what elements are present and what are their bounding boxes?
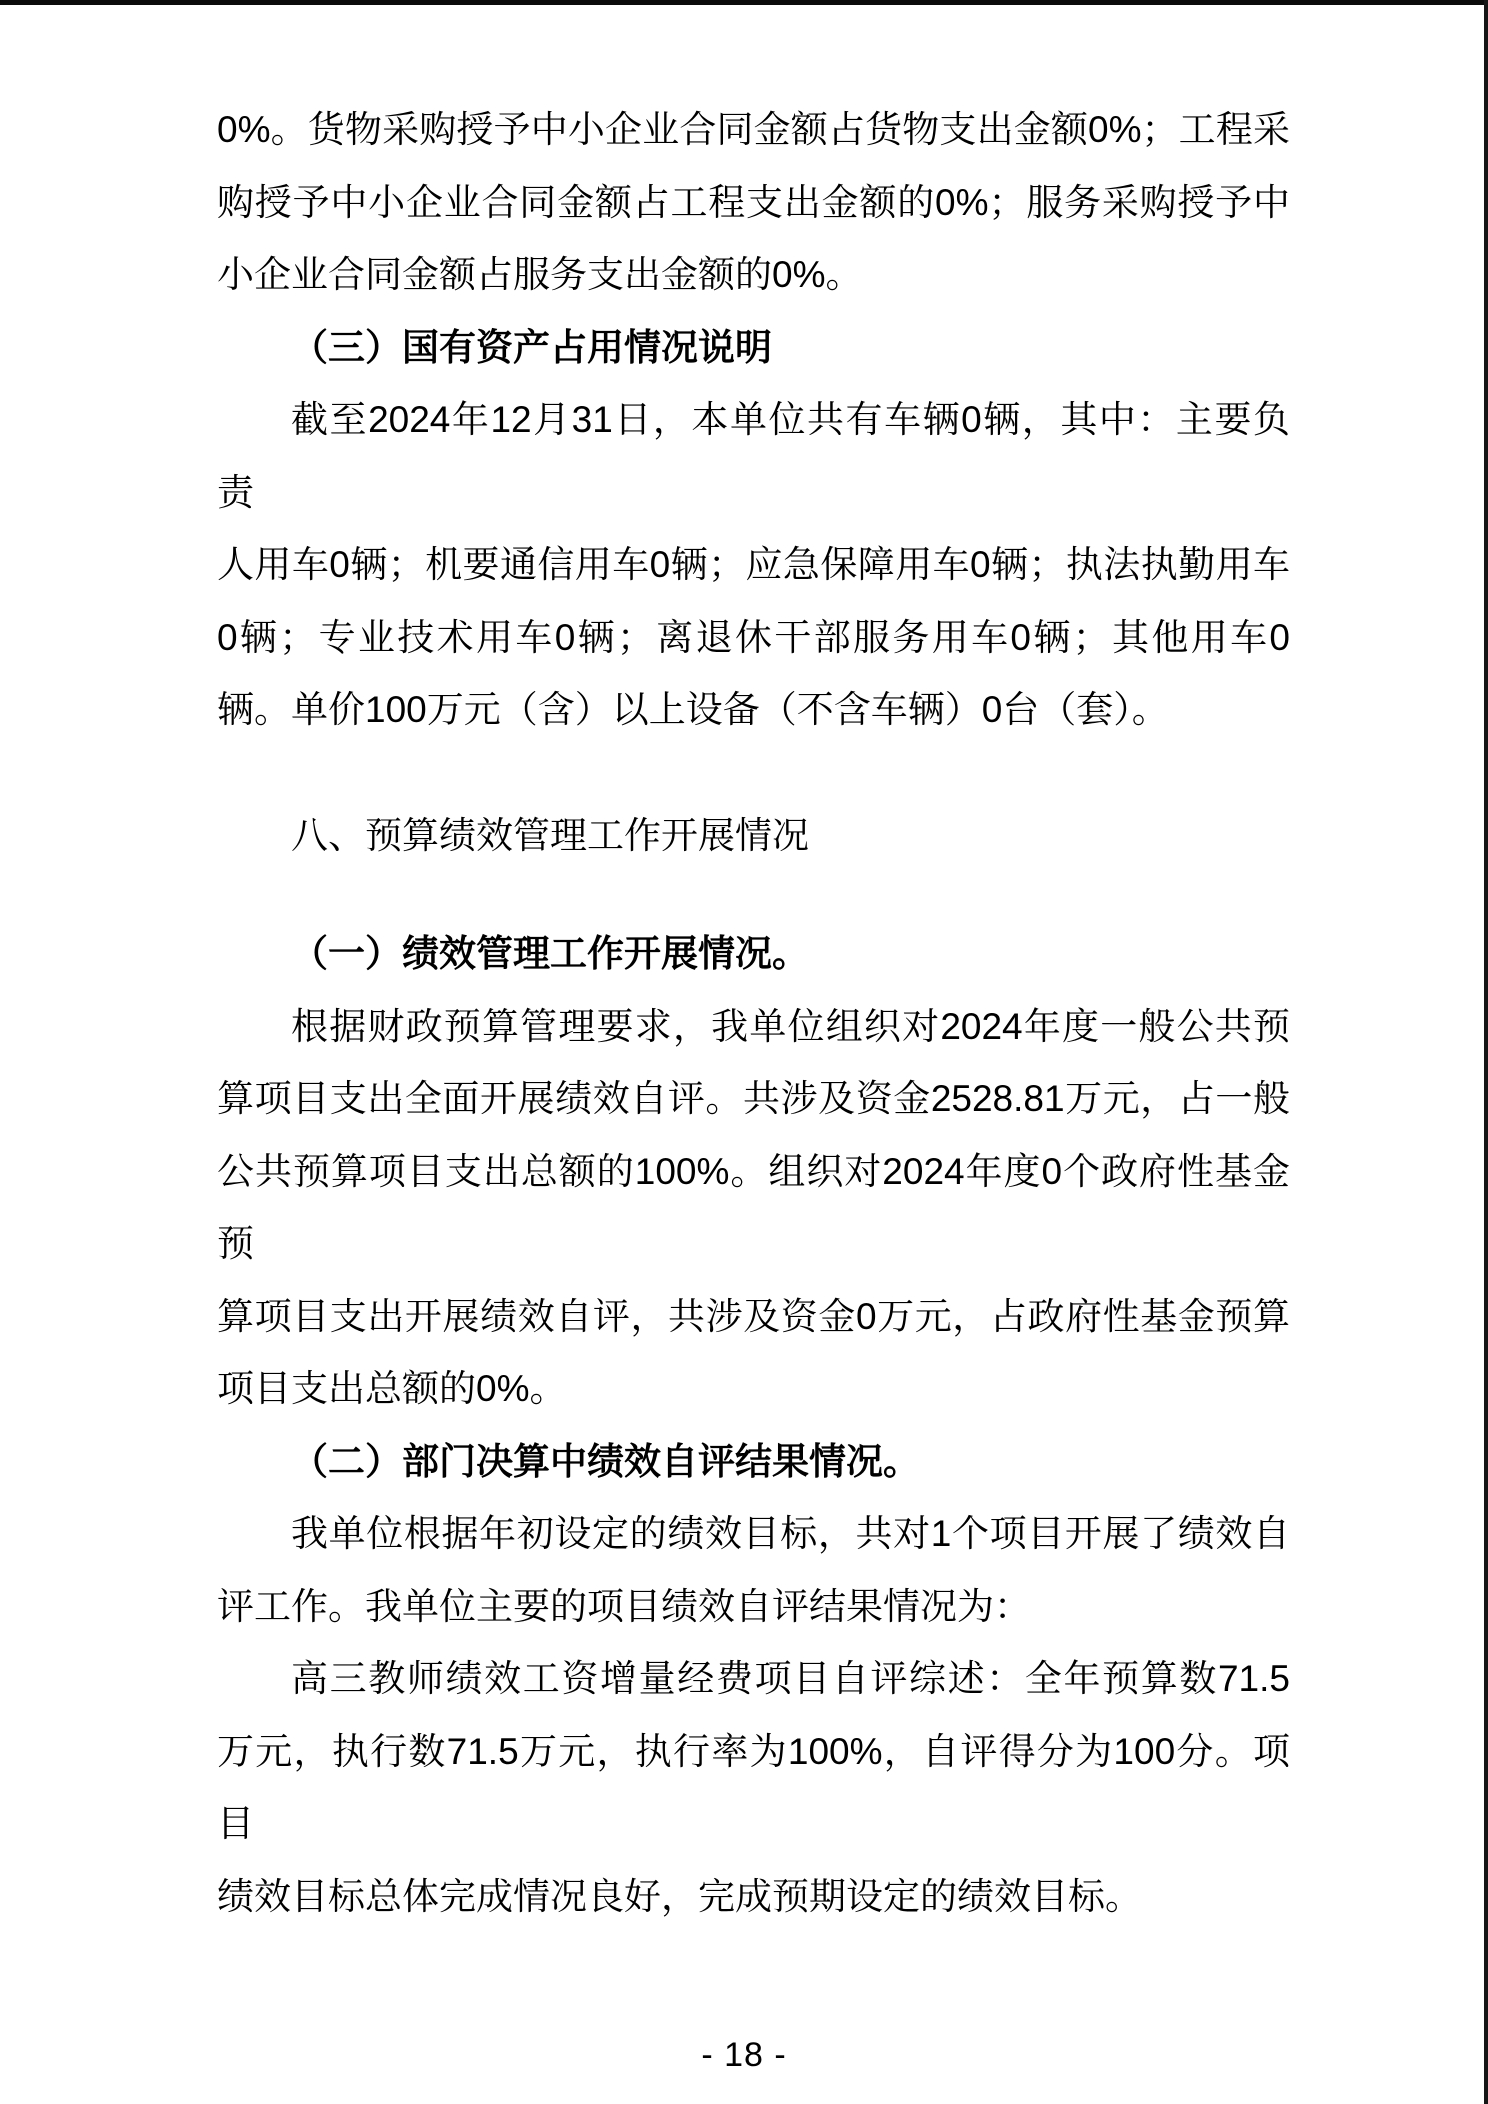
- text-line: 项目支出总额的0%。: [217, 1353, 1290, 1426]
- text-line: 人用车0辆；机要通信用车0辆；应急保障用车0辆；执法执勤用车: [217, 529, 1290, 602]
- text-line: 算项目支出开展绩效自评，共涉及资金0万元，占政府性基金预算: [217, 1281, 1290, 1354]
- section-eight-title: 八、预算绩效管理工作开展情况: [217, 800, 1290, 873]
- heading-performance-management: （一）绩效管理工作开展情况。: [217, 918, 1290, 991]
- para-performance-management: 根据财政预算管理要求，我单位组织对2024年度一般公共预算项目支出全面开展绩效自…: [217, 991, 1290, 1426]
- page-number: - 18 -: [0, 2036, 1488, 2075]
- text-line: 小企业合同金额占服务支出金额的0%。: [217, 239, 1290, 312]
- text-line: 八、预算绩效管理工作开展情况: [217, 800, 1290, 873]
- text-line: 根据财政预算管理要求，我单位组织对2024年度一般公共预: [217, 991, 1290, 1064]
- text-line: 截至2024年12月31日，本单位共有车辆0辆，其中：主要负责: [217, 384, 1290, 529]
- document-body: 0%。货物采购授予中小企业合同金额占货物支出金额0%；工程采购授予中小企业合同金…: [217, 94, 1290, 1933]
- heading-state-assets: （三）国有资产占用情况说明: [217, 312, 1290, 385]
- text-line: 绩效目标总体完成情况良好，完成预期设定的绩效目标。: [217, 1861, 1290, 1934]
- text-line: 0辆；专业技术用车0辆；离退休干部服务用车0辆；其他用车0: [217, 602, 1290, 675]
- heading-selfeval-results: （二）部门决算中绩效自评结果情况。: [217, 1426, 1290, 1499]
- document-page: 0%。货物采购授予中小企业合同金额占货物支出金额0%；工程采购授予中小企业合同金…: [0, 0, 1488, 2104]
- text-line: 算项目支出全面开展绩效自评。共涉及资金2528.81万元，占一般: [217, 1063, 1290, 1136]
- text-line: 公共预算项目支出总额的100%。组织对2024年度0个政府性基金预: [217, 1136, 1290, 1281]
- para-selfeval-results: 我单位根据年初设定的绩效目标，共对1个项目开展了绩效自评工作。我单位主要的项目绩…: [217, 1498, 1290, 1643]
- scan-edge-top: [0, 0, 1488, 5]
- text-line: 辆。单价100万元（含）以上设备（不含车辆）0台（套）。: [217, 674, 1290, 747]
- text-line: （二）部门决算中绩效自评结果情况。: [217, 1426, 1290, 1499]
- text-line: 购授予中小企业合同金额占工程支出金额的0%；服务采购授予中: [217, 167, 1290, 240]
- para-state-assets: 截至2024年12月31日，本单位共有车辆0辆，其中：主要负责人用车0辆；机要通…: [217, 384, 1290, 747]
- text-line: 评工作。我单位主要的项目绩效自评结果情况为：: [217, 1571, 1290, 1644]
- para-procurement-carryover: 0%。货物采购授予中小企业合同金额占货物支出金额0%；工程采购授予中小企业合同金…: [217, 94, 1290, 312]
- text-line: （三）国有资产占用情况说明: [217, 312, 1290, 385]
- text-line: 高三教师绩效工资增量经费项目自评综述：全年预算数71.5: [217, 1643, 1290, 1716]
- text-line: 我单位根据年初设定的绩效目标，共对1个项目开展了绩效自: [217, 1498, 1290, 1571]
- para-project-summary: 高三教师绩效工资增量经费项目自评综述：全年预算数71.5万元，执行数71.5万元…: [217, 1643, 1290, 1933]
- text-line: 万元，执行数71.5万元，执行率为100%，自评得分为100分。项目: [217, 1716, 1290, 1861]
- scan-edge-right: [1484, 0, 1488, 2104]
- text-line: （一）绩效管理工作开展情况。: [217, 918, 1290, 991]
- text-line: 0%。货物采购授予中小企业合同金额占货物支出金额0%；工程采: [217, 94, 1290, 167]
